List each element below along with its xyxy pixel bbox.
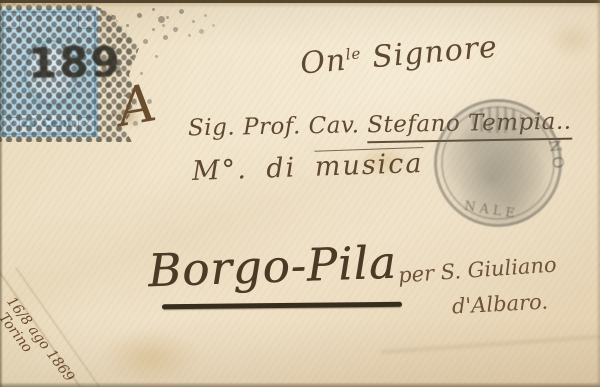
photo-edge-bottom <box>0 382 600 387</box>
cancel-numeral: 189 <box>28 37 123 88</box>
destination-line: Borgo-Pila <box>147 236 397 298</box>
salutation-rest: Signore <box>360 29 499 76</box>
destination-underline <box>162 302 402 310</box>
envelope: STA ✕ ✕ ✕ ✕ 20 Cent. 189 Onle Signore A … <box>0 0 600 387</box>
datestamp-smudge <box>472 107 522 133</box>
photo-edge-left <box>0 0 3 387</box>
circular-datestamp: NALE NO <box>434 99 562 227</box>
addressee-honorifics: Sig. Prof. Cav. <box>188 112 368 141</box>
salutation-prefix: On <box>299 43 348 82</box>
salutation-superscript: le <box>345 44 362 63</box>
profession-line: M°. di musica <box>192 148 424 187</box>
photo-edge-right <box>596 0 600 387</box>
ink-spatter <box>152 8 155 11</box>
profession-word: musica <box>314 147 424 183</box>
routing-line-2: d'Albaro. <box>451 290 548 319</box>
paper-stain <box>548 20 598 60</box>
routing-line-1: per S. Giuliano <box>397 252 557 287</box>
profession-prefix: M°. di <box>192 152 316 187</box>
crease-line <box>380 332 600 356</box>
photo-edge-top <box>0 0 600 8</box>
paper-stain <box>100 330 200 385</box>
ink-spatter <box>100 10 103 13</box>
salutation-line: Onle Signore <box>299 29 499 81</box>
